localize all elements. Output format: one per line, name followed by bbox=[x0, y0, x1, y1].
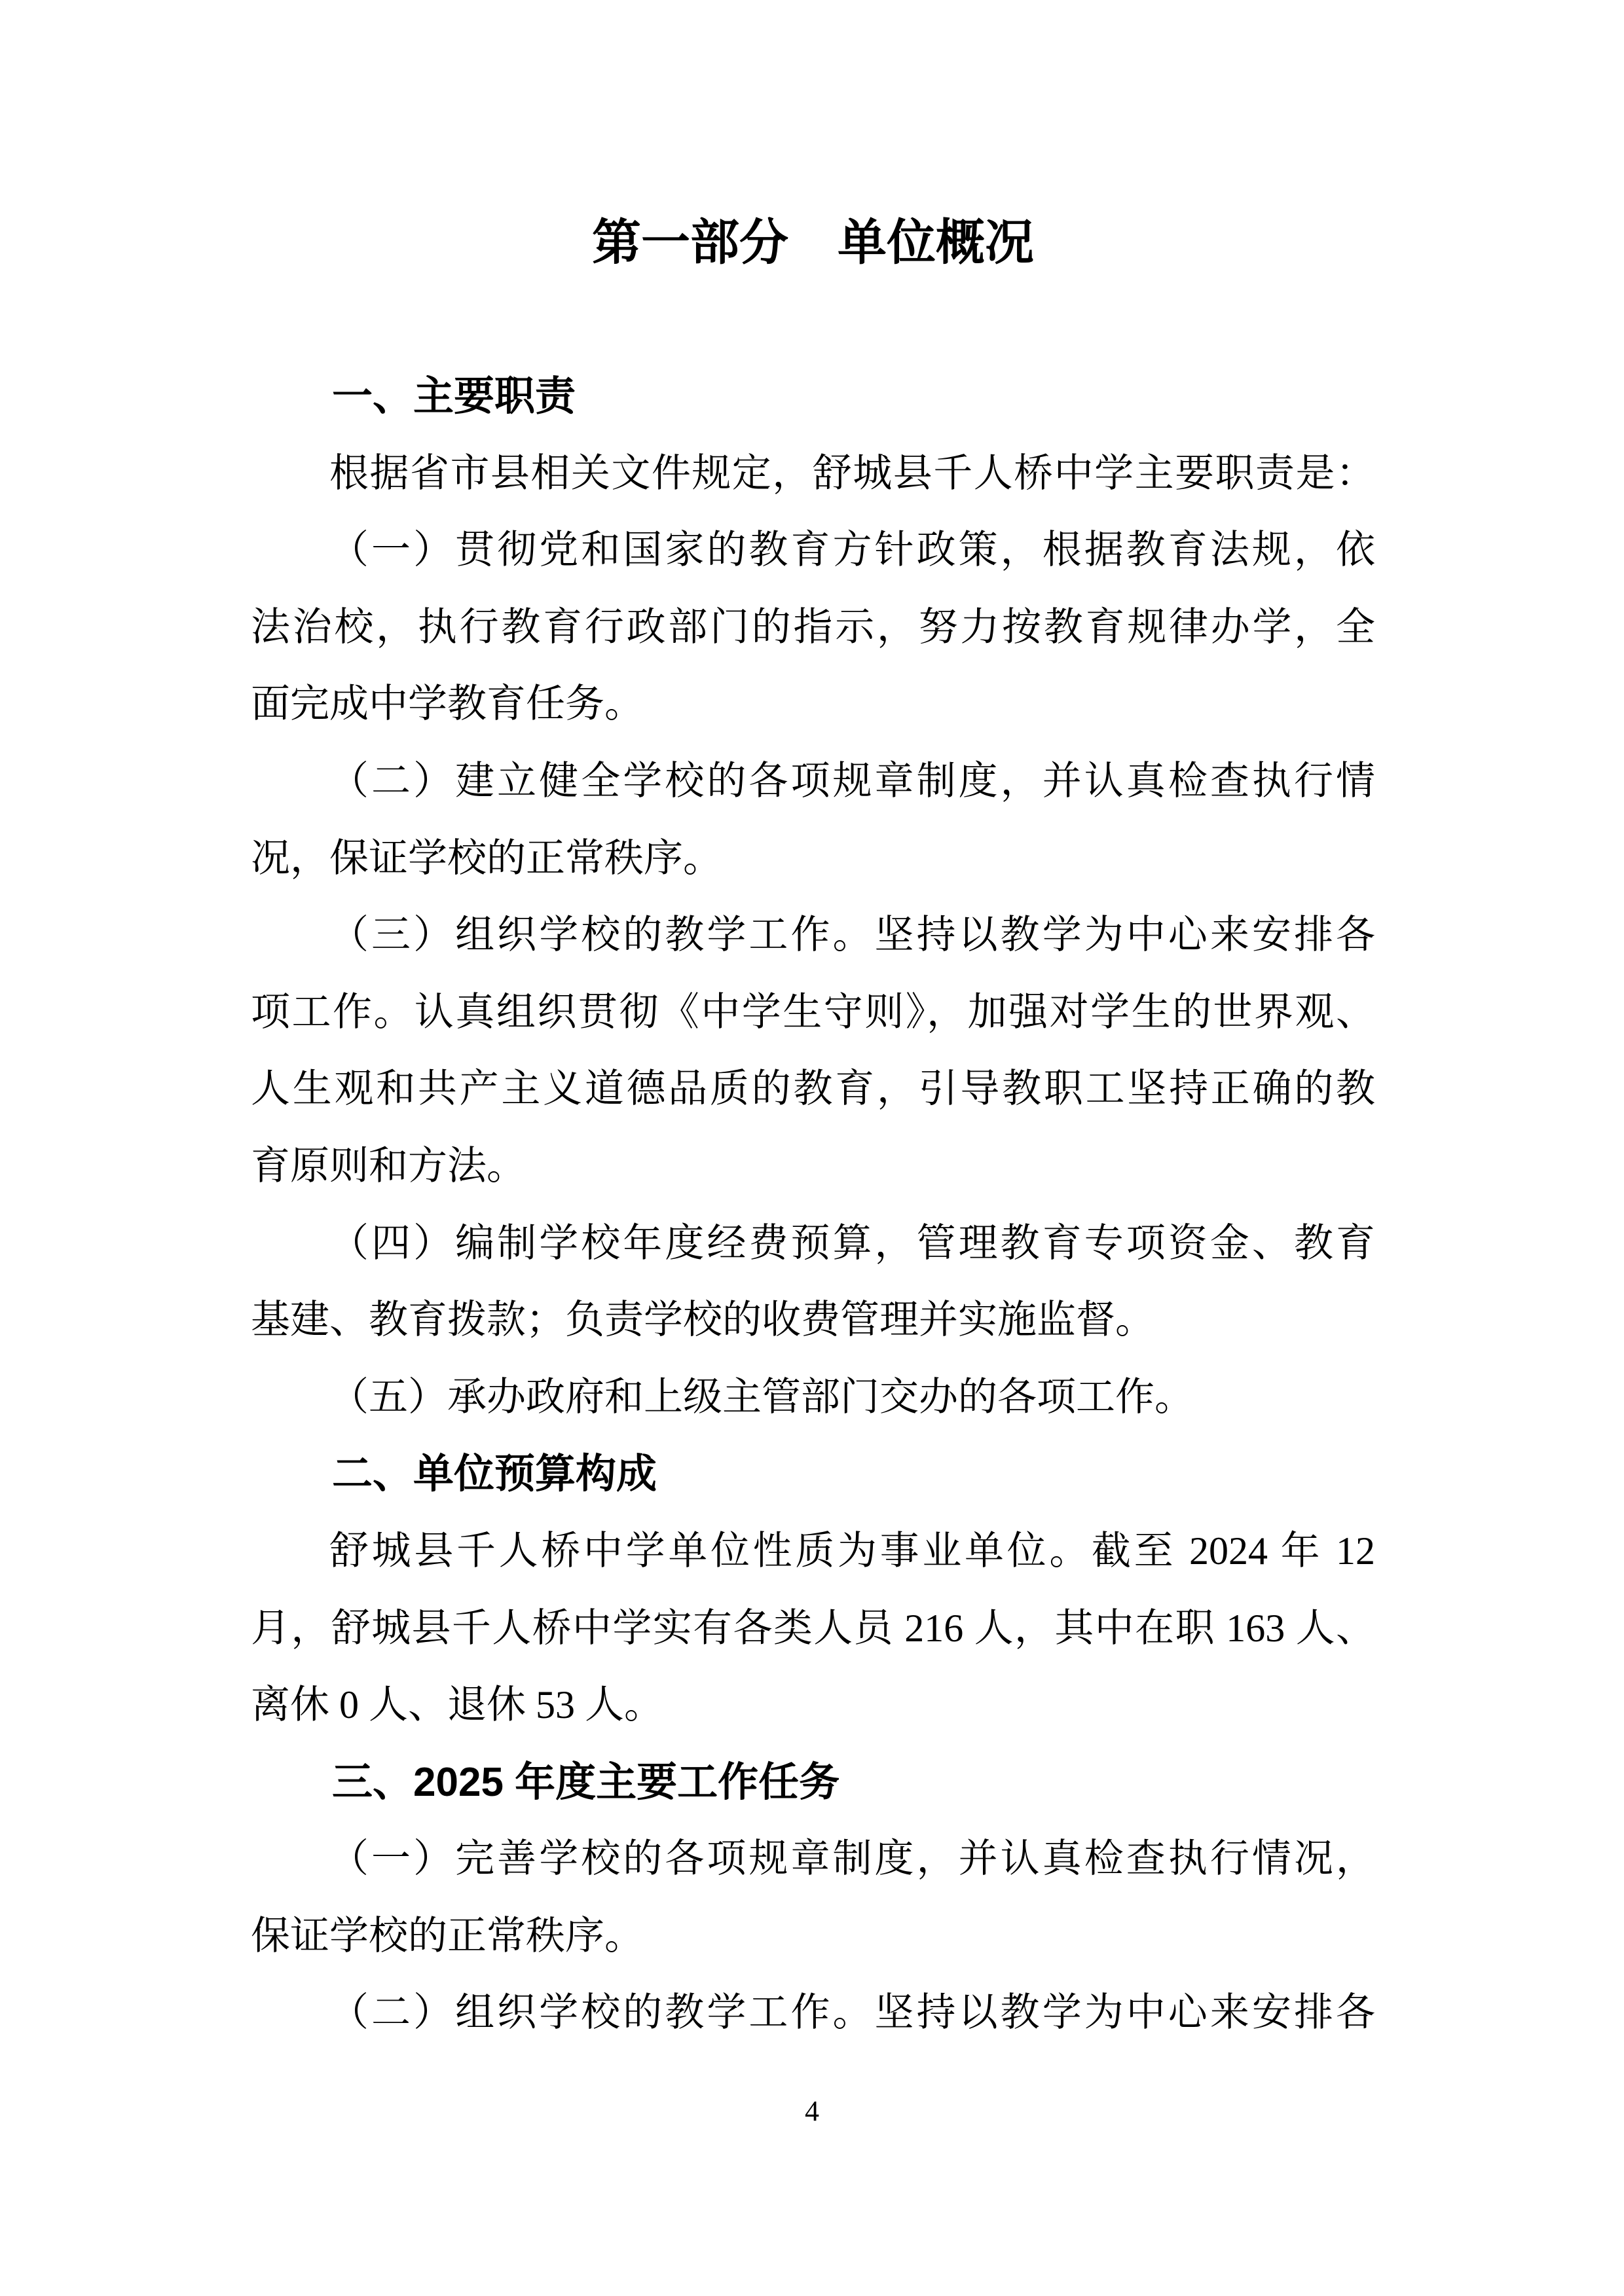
body-line: （一）完善学校的各项规章制度，并认真检查执行情况， bbox=[251, 1821, 1375, 1898]
document-content: 第一部分 单位概况 一、主要职责 根据省市县相关文件规定，舒城县千人桥中学主要职… bbox=[251, 0, 1375, 2052]
paragraph: （一）完善学校的各项规章制度，并认真检查执行情况， 保证学校的正常秩序。 bbox=[251, 1821, 1375, 1975]
body-line: 月，舒城县千人桥中学实有各类人员 216 人，其中在职 163 人、 bbox=[251, 1590, 1375, 1667]
body-line: 根据省市县相关文件规定，舒城县千人桥中学主要职责是： bbox=[251, 435, 1375, 513]
body-line: （一）贯彻党和国家的教育方针政策，根据教育法规，依 bbox=[251, 512, 1375, 589]
body-line: 况，保证学校的正常秩序。 bbox=[251, 820, 1375, 898]
body-line: 舒城县千人桥中学单位性质为事业单位。截至 2024 年 12 bbox=[251, 1513, 1375, 1590]
body-line: 人生观和共产主义道德品质的教育，引导教职工坚持正确的教 bbox=[251, 1051, 1375, 1128]
paragraph: （五）承办政府和上级主管部门交办的各项工作。 bbox=[251, 1359, 1375, 1436]
body-line: 保证学校的正常秩序。 bbox=[251, 1898, 1375, 1975]
document-page: 第一部分 单位概况 一、主要职责 根据省市县相关文件规定，舒城县千人桥中学主要职… bbox=[0, 0, 1624, 2296]
body-line: （二）组织学校的教学工作。坚持以教学为中心来安排各 bbox=[251, 1975, 1375, 2052]
body-line: （三）组织学校的教学工作。坚持以教学为中心来安排各 bbox=[251, 897, 1375, 974]
document-title: 第一部分 单位概况 bbox=[251, 210, 1375, 275]
section-heading-2025-tasks: 三、2025 年度主要工作任务 bbox=[251, 1744, 1375, 1821]
body-line: 育原则和方法。 bbox=[251, 1128, 1375, 1205]
paragraph: （二）组织学校的教学工作。坚持以教学为中心来安排各 bbox=[251, 1975, 1375, 2052]
body-line: （二）建立健全学校的各项规章制度，并认真检查执行情 bbox=[251, 743, 1375, 820]
paragraph: 舒城县千人桥中学单位性质为事业单位。截至 2024 年 12 月，舒城县千人桥中… bbox=[251, 1513, 1375, 1744]
body-line: 项工作。认真组织贯彻《中学生守则》，加强对学生的世界观、 bbox=[251, 974, 1375, 1051]
body-line: 面完成中学教育任务。 bbox=[251, 666, 1375, 743]
body-line: 基建、教育拨款；负责学校的收费管理并实施监督。 bbox=[251, 1282, 1375, 1359]
section-heading-main-duties: 一、主要职责 bbox=[251, 358, 1375, 435]
body-line: 离休 0 人、退休 53 人。 bbox=[251, 1667, 1375, 1744]
paragraph: （一）贯彻党和国家的教育方针政策，根据教育法规，依 法治校，执行教育行政部门的指… bbox=[251, 512, 1375, 743]
page-number: 4 bbox=[0, 2092, 1624, 2131]
paragraph: （二）建立健全学校的各项规章制度，并认真检查执行情 况，保证学校的正常秩序。 bbox=[251, 743, 1375, 897]
paragraph: 根据省市县相关文件规定，舒城县千人桥中学主要职责是： bbox=[251, 435, 1375, 513]
section-heading-budget-composition: 二、单位预算构成 bbox=[251, 1436, 1375, 1513]
body-line: （四）编制学校年度经费预算，管理教育专项资金、教育 bbox=[251, 1205, 1375, 1283]
paragraph: （四）编制学校年度经费预算，管理教育专项资金、教育 基建、教育拨款；负责学校的收… bbox=[251, 1205, 1375, 1359]
body-line: 法治校，执行教育行政部门的指示，努力按教育规律办学，全 bbox=[251, 589, 1375, 666]
paragraph: （三）组织学校的教学工作。坚持以教学为中心来安排各 项工作。认真组织贯彻《中学生… bbox=[251, 897, 1375, 1205]
body-line: （五）承办政府和上级主管部门交办的各项工作。 bbox=[251, 1359, 1375, 1436]
